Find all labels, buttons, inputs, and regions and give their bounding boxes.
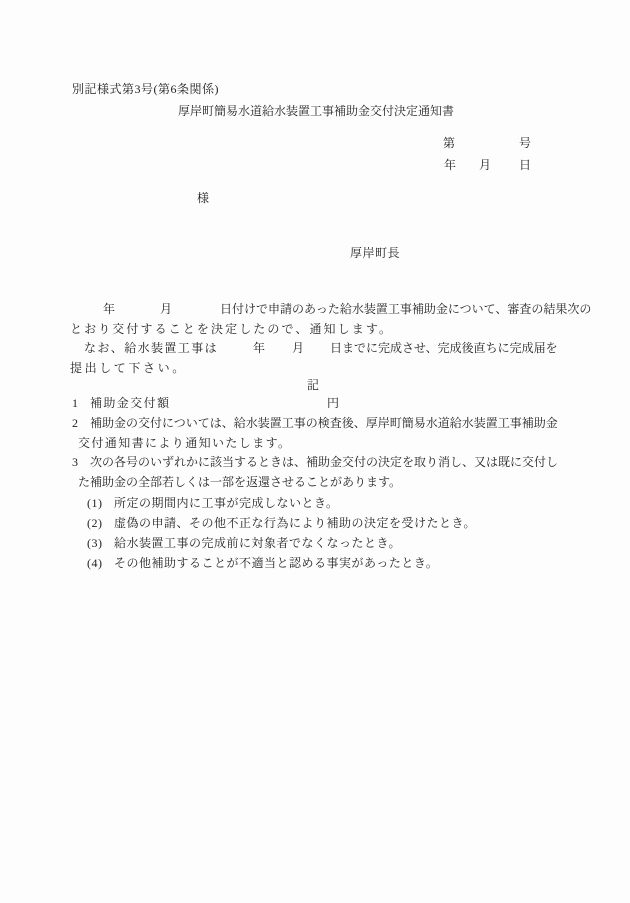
date-day-label: 日 <box>519 157 532 173</box>
application-date-month-label: 月 <box>160 301 173 317</box>
application-date-year-label: 年 <box>103 301 116 317</box>
item-2-number: 2 <box>72 415 79 431</box>
item-3-number: 3 <box>72 454 79 470</box>
date-month-label: 月 <box>479 157 492 173</box>
issue-date-line: 年 月 日 <box>0 157 630 174</box>
item-3-text-continued: た補助金の全部若しくは一部を返還させることがあります。 <box>78 474 401 491</box>
sub-item-1-text: 所定の期間内に工事が完成しないとき。 <box>114 495 339 511</box>
item-2-text-continued: 交付通知書により通知いたします。 <box>78 435 291 452</box>
record-marker: 記 <box>307 377 320 394</box>
sub-item-3-number: (3) <box>87 535 103 551</box>
item-1-label: 補助金交付額 <box>90 395 170 411</box>
item-1-unit-label: 円 <box>327 395 340 411</box>
body-line-3-text: 日までに完成させ、完成後直ちに完成届を <box>330 340 558 356</box>
sub-item-2-number: (2) <box>87 515 103 531</box>
number-prefix: 第 <box>443 135 456 151</box>
body-line-2: とおり交付することを決定したので、通知します。 <box>70 321 393 338</box>
sub-item-4: (4) その他補助することが不適当と認める事実があったとき。 <box>0 555 630 572</box>
item-2-text: 補助金の交付については、給水装置工事の検査後、厚岸町簡易水道給水装置工事補助金 <box>90 415 558 431</box>
list-item-2: 2 補助金の交付については、給水装置工事の検査後、厚岸町簡易水道給水装置工事補助… <box>0 415 630 432</box>
body-line-1: 年 月 日付けで申請のあった給水装置工事補助金について、審査の結果次の <box>0 301 630 318</box>
body-line-3-lead: なお、給水装置工事は <box>84 340 218 356</box>
body-line-4: 提出して下さい。 <box>70 360 187 377</box>
document-page: 別記様式第3号(第6条関係) 厚岸町簡易水道給水装置工事補助金交付決定通知書 第… <box>0 0 630 903</box>
sub-item-3-text: 給水装置工事の完成前に対象者でなくなったとき。 <box>114 535 401 551</box>
date-year-label: 年 <box>444 157 457 173</box>
sender-title: 厚岸町長 <box>350 245 400 262</box>
list-item-3: 3 次の各号のいずれかに該当するときは、補助金交付の決定を取り消し、又は既に交付… <box>0 454 630 471</box>
document-number-line: 第 号 <box>0 135 630 152</box>
addressee-honorific: 様 <box>197 190 210 207</box>
item-1-number: 1 <box>72 395 79 411</box>
list-item-1: 1 補助金交付額 円 <box>0 395 630 412</box>
sub-item-4-number: (4) <box>87 555 103 571</box>
number-suffix: 号 <box>519 135 532 151</box>
item-3-text: 次の各号のいずれかに該当するときは、補助金交付の決定を取り消し、又は既に交付し <box>90 454 558 470</box>
body-line-1-text: 日付けで申請のあった給水装置工事補助金について、審査の結果次の <box>220 301 591 317</box>
document-title: 厚岸町簡易水道給水装置工事補助金交付決定通知書 <box>178 103 454 120</box>
sub-item-2-text: 虚偽の申請、その他不正な行為により補助の決定を受けたとき。 <box>114 515 476 531</box>
sub-item-3: (3) 給水装置工事の完成前に対象者でなくなったとき。 <box>0 535 630 552</box>
sub-item-2: (2) 虚偽の申請、その他不正な行為により補助の決定を受けたとき。 <box>0 515 630 532</box>
completion-date-month-label: 月 <box>292 340 305 356</box>
form-label: 別記様式第3号(第6条関係) <box>72 81 219 98</box>
sub-item-4-text: その他補助することが不適当と認める事実があったとき。 <box>114 555 438 571</box>
completion-date-year-label: 年 <box>253 340 266 356</box>
sub-item-1: (1) 所定の期間内に工事が完成しないとき。 <box>0 495 630 512</box>
body-line-3: なお、給水装置工事は 年 月 日までに完成させ、完成後直ちに完成届を <box>0 340 630 357</box>
sub-item-1-number: (1) <box>87 495 103 511</box>
